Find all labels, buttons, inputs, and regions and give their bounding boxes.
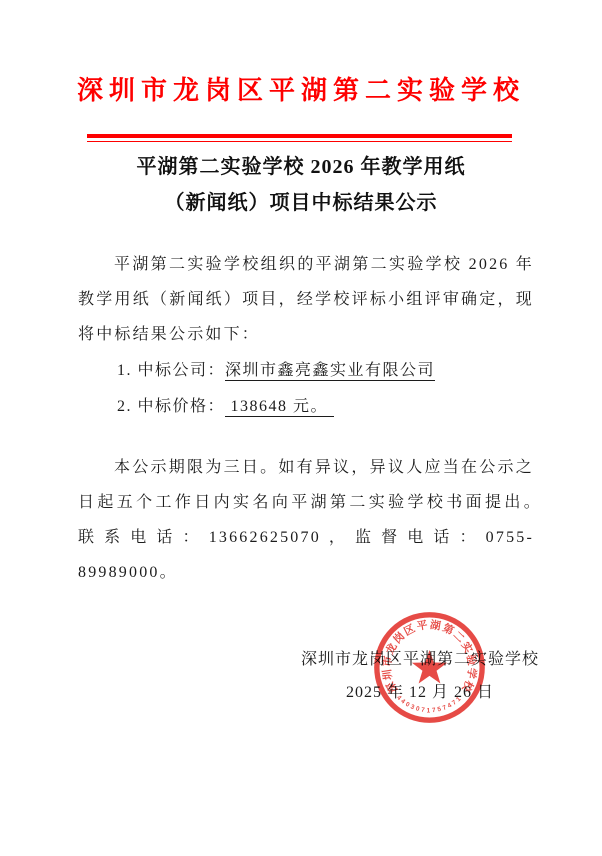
award-item-price-label: 2. 中标价格： [117,398,225,415]
document-page: 深圳市龙岗区平湖第二实验学校 平湖第二实验学校 2026 年教学用纸 （新闻纸）… [0,0,602,856]
award-item-company-label: 1. 中标公司： [117,362,225,379]
letterhead-divider-thin [87,141,512,142]
signature-date: 2025 年 12 月 26 日 [250,676,590,709]
school-letterhead: 深圳市龙岗区平湖第二实验学校 [0,70,602,107]
body-paragraph-notice: 本公示期限为三日。如有异议，异议人应当在公示之日起五个工作日内实名向平湖第二实验… [78,450,534,590]
award-item-company-value: 深圳市鑫亮鑫实业有限公司 [225,362,435,381]
award-item-company: 1. 中标公司：深圳市鑫亮鑫实业有限公司 [117,361,435,381]
body-paragraph-intro: 平湖第二实验学校组织的平湖第二实验学校 2026 年教学用纸（新闻纸）项目，经学… [78,247,534,352]
doc-title-line1: 平湖第二实验学校 2026 年教学用纸 [0,150,602,179]
award-item-price-value: 138648 元。 [225,398,334,417]
signature-block: 深圳市龙岗区平湖第二实验学校 2025 年 12 月 26 日 [250,643,590,709]
letterhead-divider-thick [87,134,512,138]
award-item-price: 2. 中标价格： 138648 元。 [117,397,334,417]
doc-title-line2: （新闻纸）项目中标结果公示 [0,186,602,215]
signature-org: 深圳市龙岗区平湖第二实验学校 [250,643,590,676]
